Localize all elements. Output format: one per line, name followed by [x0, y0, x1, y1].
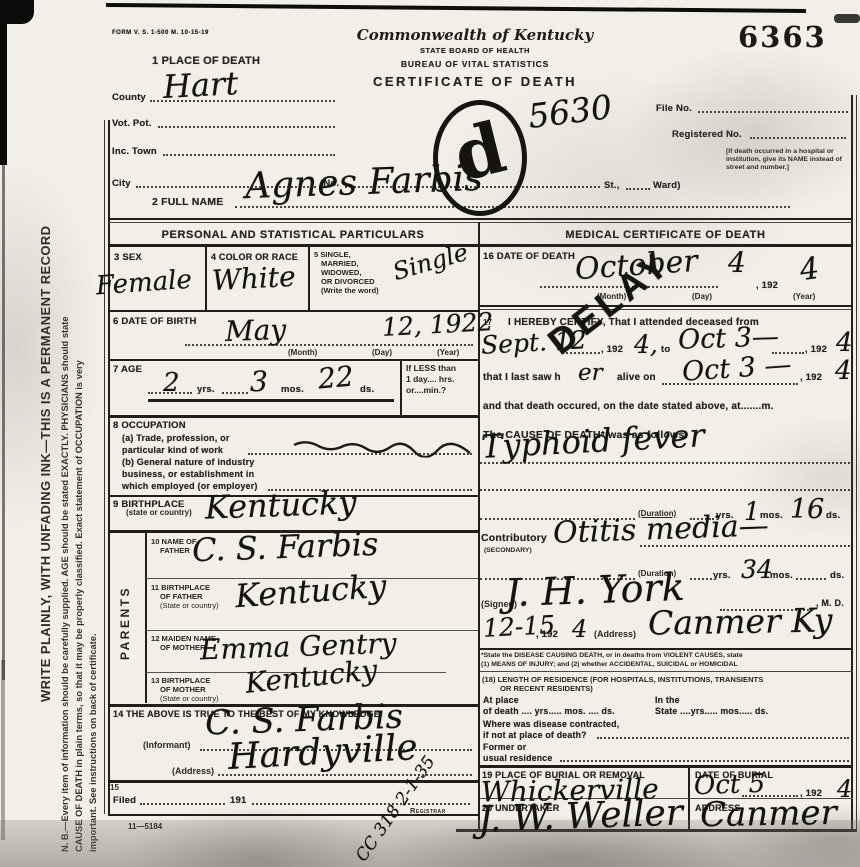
burial-year-value: 4 — [837, 775, 852, 803]
physician-address-value: Canmer Ky — [648, 600, 833, 642]
margin-nb-line3: important. See instructions on back of c… — [88, 633, 98, 852]
city-ward-label: Ward) — [653, 180, 681, 191]
cause-footnote-line1: *State the DISEASE CAUSING DEATH, or in … — [481, 652, 743, 659]
informant-label: (Informant) — [143, 740, 191, 750]
to-year-printed: , 192 — [805, 344, 827, 355]
dotted-leader — [698, 111, 848, 113]
full-name-value: Agnes Farbis — [244, 158, 483, 207]
father-bp-label3: (State or country) — [160, 601, 219, 610]
marital-label-1: 5 SINGLE, — [314, 250, 351, 259]
lastsaw-year-printed: , 192 — [800, 372, 822, 383]
certificate-title: CERTIFICATE OF DEATH — [340, 74, 610, 89]
mother-name-label2: OF MOTHER — [160, 643, 206, 652]
physician-address-label: (Address) — [594, 629, 636, 639]
attended-to-year: 4 — [836, 328, 853, 358]
county-value: Hart — [162, 64, 239, 106]
mother-bp-label2: OF MOTHER — [160, 685, 206, 694]
file-no-label: File No. — [656, 103, 692, 114]
from-year-printed: , 192 — [601, 344, 623, 355]
dob-year-caption: (Year) — [437, 348, 459, 357]
filed-label: Filed — [113, 795, 136, 806]
if-less-line1: If LESS than — [406, 363, 456, 373]
rule — [480, 305, 853, 307]
duration2-ds-unit: ds. — [830, 570, 844, 581]
dob-dayyear-value: 12, 1922 — [381, 307, 494, 342]
rule — [108, 244, 478, 247]
medical-section-title: MEDICAL CERTIFICATE OF DEATH — [480, 229, 851, 241]
dotted-leader — [626, 188, 650, 190]
last-saw-date: Oct 3 — — [681, 349, 792, 388]
last-saw-pronoun: er — [578, 360, 603, 386]
occupation-a1: (a) Trade, profession, or — [122, 433, 230, 443]
dob-month-caption: (Month) — [288, 348, 317, 357]
bureau-line: BUREAU OF VITAL STATISTICS — [340, 59, 610, 69]
signed-date-value: 12-15 — [482, 610, 555, 643]
attended-from-year: 4, — [634, 330, 658, 359]
cause-of-death-value: Typhoid fever — [480, 416, 705, 466]
cell-divider — [400, 359, 402, 415]
mother-bp-label1: 13 BIRTHPLACE — [151, 676, 211, 685]
burial-cell-divider — [688, 768, 690, 830]
marital-label-5: (Write the word) — [321, 286, 379, 295]
commonwealth-title: Commonwealth of Kentucky — [340, 26, 610, 44]
rule — [148, 399, 394, 402]
filed-year-printed: 191 — [230, 795, 246, 806]
cell-divider — [308, 247, 310, 310]
rule — [108, 218, 853, 220]
undertaker-address-value: Canmer — [700, 793, 837, 835]
rule — [108, 359, 478, 361]
informant-address-value: Hardyville — [227, 727, 419, 778]
sex-label: 3 SEX — [114, 252, 142, 263]
file-stamp-number: 5630 — [526, 87, 614, 136]
father-bp-label2: OF FATHER — [160, 592, 202, 601]
residence-at-place-2: of death .... yrs..... mos. .... ds. — [483, 706, 615, 716]
dob-label: 6 DATE OF BIRTH — [113, 316, 197, 327]
dotted-leader — [235, 206, 790, 208]
last-saw-year: 4 — [835, 356, 852, 386]
rule — [108, 222, 853, 223]
dod-day-value: 4 — [728, 246, 746, 279]
full-name-label: 2 FULL NAME — [152, 196, 223, 208]
residence-in-state-2: State ....yrs..... mos..... ds. — [655, 706, 768, 716]
father-bp-label1: 11 BIRTHPLACE — [151, 583, 210, 592]
form-left-border2 — [108, 120, 110, 814]
dotted-leader — [252, 803, 470, 805]
cause-footnote-line2: (1) MEANS OF INJURY; and (2) whether ACC… — [481, 661, 738, 668]
residence-title-line2: OR RECENT RESIDENTS) — [500, 684, 593, 693]
margin-nb-line2: CAUSE OF DEATH in plain terms, so that i… — [74, 360, 84, 852]
death-occurred-statement: and that death occured, on the date stat… — [483, 401, 774, 412]
dotted-leader — [597, 737, 849, 739]
residence-in-state-1: In the — [655, 695, 680, 705]
age-yrs-value: 2 — [163, 368, 180, 398]
cell-divider — [205, 247, 207, 310]
rule — [108, 814, 478, 816]
duration2-mos-unit: mos. — [770, 570, 793, 581]
scan-edge-left-black — [0, 0, 7, 165]
city-st-label: St., — [604, 180, 620, 191]
rule — [108, 415, 478, 418]
dotted-leader — [560, 760, 849, 762]
dotted-leader — [140, 803, 225, 805]
city-label: City — [112, 178, 131, 189]
vot-pot-label: Vot. Pot. — [112, 118, 152, 129]
former-residence-line1: Former or — [483, 742, 526, 752]
duration1-ds-unit: ds. — [826, 510, 840, 521]
handwritten-dash-line — [292, 437, 472, 459]
residence-at-place-1: At place — [483, 695, 519, 705]
undertaker-signature: J. W. Weller — [477, 792, 683, 840]
scan-edge-top — [106, 3, 806, 13]
last-saw-text-b: alive on — [617, 372, 656, 383]
scan-edge-left-low — [1, 660, 5, 840]
dod-year-value: 4 — [798, 251, 822, 288]
disease-contracted-line1: Where was disease contracted, — [483, 719, 619, 729]
if-less-line3: or....min.? — [406, 385, 446, 395]
state-board-line: STATE BOARD OF HEALTH — [340, 46, 610, 55]
hospital-note: [If death occurred in a hospital or inst… — [726, 148, 852, 172]
dotted-leader — [222, 392, 248, 394]
personal-section-title: PERSONAL AND STATISTICAL PARTICULARS — [108, 229, 478, 241]
form-left-border — [104, 120, 105, 814]
age-mos-unit: mos. — [281, 384, 304, 395]
date-of-death-label: 16 DATE OF DEATH — [483, 251, 575, 262]
occupation-b2: business, or establishment in — [122, 469, 254, 479]
county-label: County — [112, 92, 146, 103]
marital-label-2: MARRIED, — [321, 259, 359, 268]
disease-contracted-line2: if not at place of death? — [483, 730, 587, 740]
contributory-label: Contributory — [481, 532, 547, 544]
scan-corner-blob — [0, 0, 34, 24]
death-certificate-scan: WRITE PLAINLY, WITH UNFADING INK—THIS IS… — [0, 0, 860, 867]
dotted-leader — [690, 578, 712, 580]
secondary-label: (SECONDARY) — [484, 547, 532, 554]
duration1-value-b: 16 — [790, 494, 824, 525]
certificate-number: 6363 — [738, 20, 827, 54]
mother-bp-label3: (State or country) — [160, 694, 219, 703]
dob-month-value: May — [224, 313, 286, 348]
inc-town-label: Inc. Town — [112, 146, 157, 157]
race-value: White — [211, 260, 296, 297]
dod-year-printed: , 192 — [756, 280, 778, 291]
last-saw-text-a: that I last saw h — [483, 372, 561, 383]
section-15-number: 15 — [110, 783, 119, 792]
rule — [480, 309, 853, 310]
age-ds-value: 22 — [317, 360, 355, 396]
scan-edge-left — [2, 160, 5, 680]
father-bp-value: Kentucky — [234, 567, 388, 615]
informant-address-label: (Address) — [172, 766, 214, 776]
dotted-leader — [248, 453, 472, 455]
dod-day-caption: (Day) — [692, 292, 712, 301]
print-code: 11—5184 — [128, 822, 162, 831]
duration2-value: 34 — [741, 555, 773, 584]
occupation-label: 8 OCCUPATION — [113, 420, 186, 431]
father-name-label2: FATHER — [160, 546, 190, 555]
dod-year-caption: (Year) — [793, 292, 815, 301]
age-yrs-unit: yrs. — [197, 384, 215, 395]
parents-label: PARENTS — [118, 586, 132, 660]
scan-edge-top-right — [834, 14, 860, 23]
residence-title-line1: (18) LENGTH OF RESIDENCE (FOR HOSPITALS,… — [482, 675, 763, 684]
age-label: 7 AGE — [113, 364, 142, 375]
dotted-leader — [158, 126, 335, 128]
birthplace-value: Kentucky — [204, 483, 357, 526]
age-ds-unit: ds. — [360, 384, 374, 395]
if-less-line2: 1 day.... hrs. — [406, 374, 455, 384]
birthplace-sub: (state or country) — [126, 508, 192, 517]
father-name-value: C. S. Farbis — [191, 525, 379, 569]
father-name-label1: 10 NAME OF — [151, 537, 197, 546]
rule — [480, 671, 853, 672]
signed-year-value: 4 — [572, 615, 587, 643]
form-right-border — [851, 95, 853, 832]
marital-label-4: OR DIVORCED — [321, 277, 375, 286]
margin-nb-line1: N. B.—Every item of information should b… — [60, 316, 70, 852]
parents-cell-divider — [145, 533, 147, 703]
to-label: to — [661, 344, 670, 355]
rule — [480, 648, 853, 650]
margin-warning-text: WRITE PLAINLY, WITH UNFADING INK—THIS IS… — [38, 226, 53, 702]
form-right-border2 — [856, 95, 857, 832]
age-mos-value: 3 — [250, 365, 268, 398]
dotted-leader — [750, 137, 846, 139]
rule — [480, 765, 853, 768]
occupation-a2: particular kind of work — [122, 445, 223, 455]
marital-label-3: WIDOWED, — [321, 268, 362, 277]
duration2-yrs-unit: yrs. — [713, 570, 731, 581]
former-residence-line2: usual residence — [483, 753, 553, 763]
dotted-leader — [796, 578, 826, 580]
sex-value: Female — [95, 265, 193, 302]
registered-no-label: Registered No. — [672, 129, 742, 140]
form-code: FORM V. S. 1-500 M. 10-15-19 — [112, 30, 209, 36]
dob-day-caption: (Day) — [372, 348, 392, 357]
dotted-leader — [163, 154, 335, 156]
dotted-leader — [480, 489, 850, 491]
occupation-b1: (b) General nature of industry — [122, 457, 255, 467]
